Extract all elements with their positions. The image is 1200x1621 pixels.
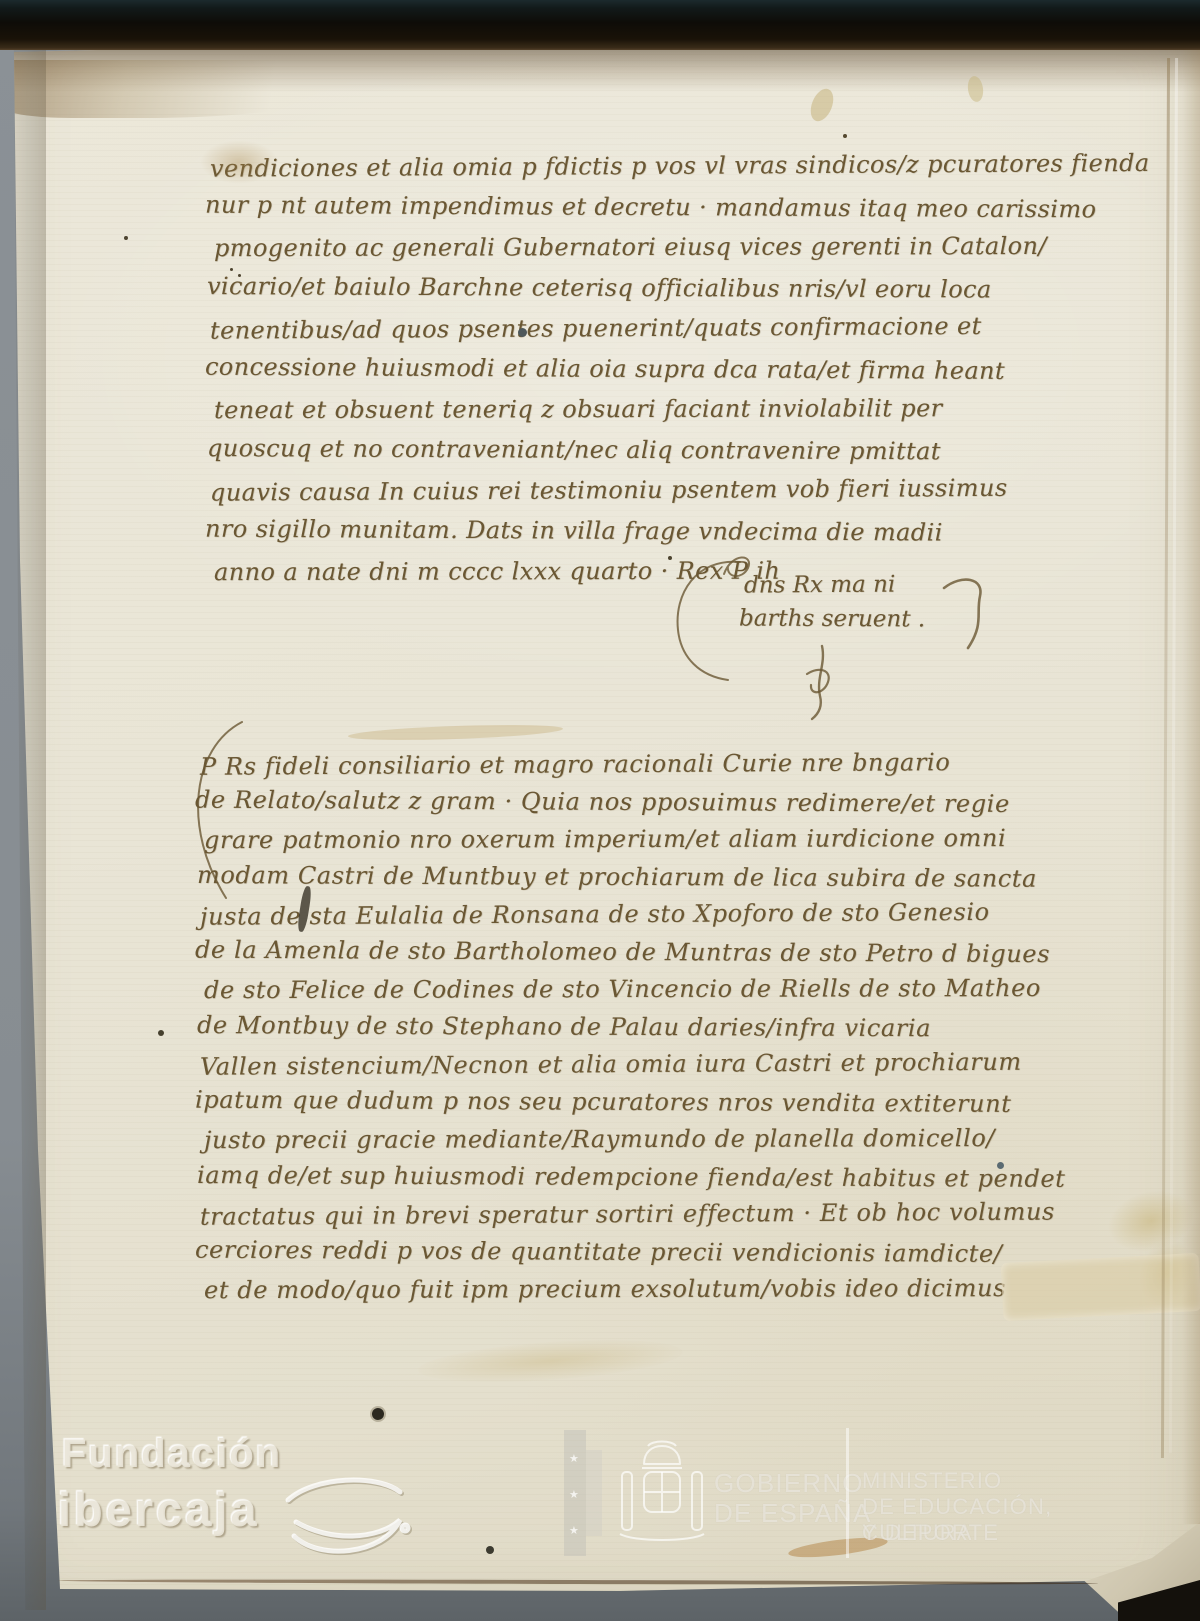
page-edge-curl — [0, 60, 360, 118]
ministerio-text-line3: Y DEPORTE — [862, 1520, 999, 1546]
manuscript-page: vendiciones et alia omia p fdictis p vos… — [0, 0, 1200, 1621]
photograph-stage: vendiciones et alia omia p fdictis p vos… — [0, 0, 1200, 1621]
signature-line-2: barths seruent . — [739, 601, 925, 636]
manuscript-line: nur p nt autem impendimus et decretu · m… — [205, 184, 1085, 229]
flag-star-icon: ★ — [569, 1524, 579, 1537]
manuscript-line: teneat et obsuent teneriq z obsuari faci… — [214, 388, 1094, 431]
manuscript-line: iamq de/et sup huiusmodi redempcione fie… — [197, 1157, 1097, 1198]
spain-flag-icon: ★ ★ ★ — [564, 1430, 586, 1556]
manuscript-line: P Rs fideli consiliario et magro raciona… — [200, 743, 1100, 786]
manuscript-line: grare patmonio nro oxerum imperium/et al… — [204, 820, 1104, 860]
book-binding-edge — [0, 0, 1200, 50]
manuscript-line: quavis causa In cuius rei testimoniu pse… — [210, 467, 1090, 513]
text-block-letter-to-berenguer: P Rs fideli consiliario et magro raciona… — [198, 746, 1098, 1309]
ink-dot — [238, 274, 241, 277]
manuscript-line: vendiciones et alia omia p fdictis p vos… — [210, 143, 1090, 189]
signature-line-1: dns Rx ma ni — [744, 567, 930, 602]
wormhole — [372, 1408, 384, 1420]
ink-dot — [124, 236, 128, 240]
manuscript-line: de sto Felice de Codines de sto Vincenci… — [204, 970, 1104, 1010]
ink-dot — [158, 1030, 164, 1036]
manuscript-line: pmogenito ac generali Gubernatori eiusq … — [214, 226, 1094, 269]
manuscript-line: et de modo/quo fuit ipm precium exsolutu… — [204, 1270, 1104, 1310]
manuscript-line: nro sigillo munitam. Dats in villa frage… — [205, 508, 1085, 553]
ink-blot — [518, 328, 527, 337]
manuscript-line: de la Amenla de sto Bartholomeo de Muntr… — [195, 931, 1095, 973]
manuscript-line: modam Castri de Muntbuy et prochiarum de… — [197, 857, 1097, 898]
manuscript-line: justa de sta Eulalia de Ronsana de sto X… — [200, 893, 1100, 936]
gobierno-watermark: ★ ★ ★ GOBIERNO DE ESPAÑA MINISTERIO DE E… — [562, 1422, 1162, 1567]
gobierno-text-line1: GOBIERNO — [714, 1470, 864, 1496]
ministerio-text-line1: MINISTERIO — [862, 1468, 1002, 1494]
ink-dot — [230, 268, 233, 271]
manuscript-line: concessione huiusmodi et alia oia supra … — [205, 346, 1085, 391]
manuscript-line: tractatus qui in brevi speratur sortiri … — [200, 1193, 1100, 1236]
flag-star-icon: ★ — [569, 1452, 579, 1465]
ink-dot — [997, 1162, 1004, 1169]
stain-streak — [348, 722, 563, 742]
manuscript-line: de Montbuy de sto Stephano de Palau dari… — [197, 1007, 1097, 1048]
spain-flag-notch — [586, 1450, 602, 1536]
manuscript-line: tenentibus/ad quos psentes puenerint/qua… — [210, 305, 1090, 351]
ibercaja-watermark-line2: ibercaja — [58, 1482, 260, 1537]
ink-dot — [486, 1546, 494, 1554]
manuscript-line: ipatum que dudum p nos seu pcuratores nr… — [195, 1081, 1095, 1123]
ibercaja-watermark: Fundación ibercaja — [58, 1432, 418, 1562]
signature-right-flourish — [938, 572, 998, 657]
paraph-mark — [798, 642, 844, 722]
flag-star-icon: ★ — [569, 1488, 579, 1501]
signature-note: dns Rx ma ni barths seruent . — [742, 568, 928, 636]
gobierno-divider — [846, 1428, 849, 1558]
manuscript-line: vicario/et baiulo Barchne ceterisq offic… — [207, 266, 1087, 310]
text-block-royal-confirmation: vendiciones et alia omia p fdictis p vos… — [208, 146, 1088, 592]
manuscript-line: de Relato/salutz z gram · Quia nos pposu… — [195, 781, 1095, 823]
stain — [200, 140, 278, 184]
smudge — [417, 1333, 684, 1389]
spain-coat-of-arms-icon — [614, 1438, 710, 1556]
ibercaja-watermark-line1: Fundación — [62, 1432, 282, 1477]
ink-dot — [843, 134, 847, 138]
ibercaja-logo-icon — [274, 1470, 414, 1562]
manuscript-line: cerciores reddi p vos de quantitate prec… — [195, 1231, 1095, 1273]
page-left-edge-shade — [0, 50, 46, 1610]
ink-dot — [668, 556, 672, 560]
manuscript-line: quoscuq et no contraveniant/nec aliq con… — [207, 428, 1087, 472]
manuscript-line: justo precii gracie mediante/Raymundo de… — [204, 1120, 1104, 1160]
manuscript-line: Vallen sistencium/Necnon et alia omia iu… — [200, 1043, 1100, 1086]
page-right-edge-shade — [1182, 44, 1200, 1524]
